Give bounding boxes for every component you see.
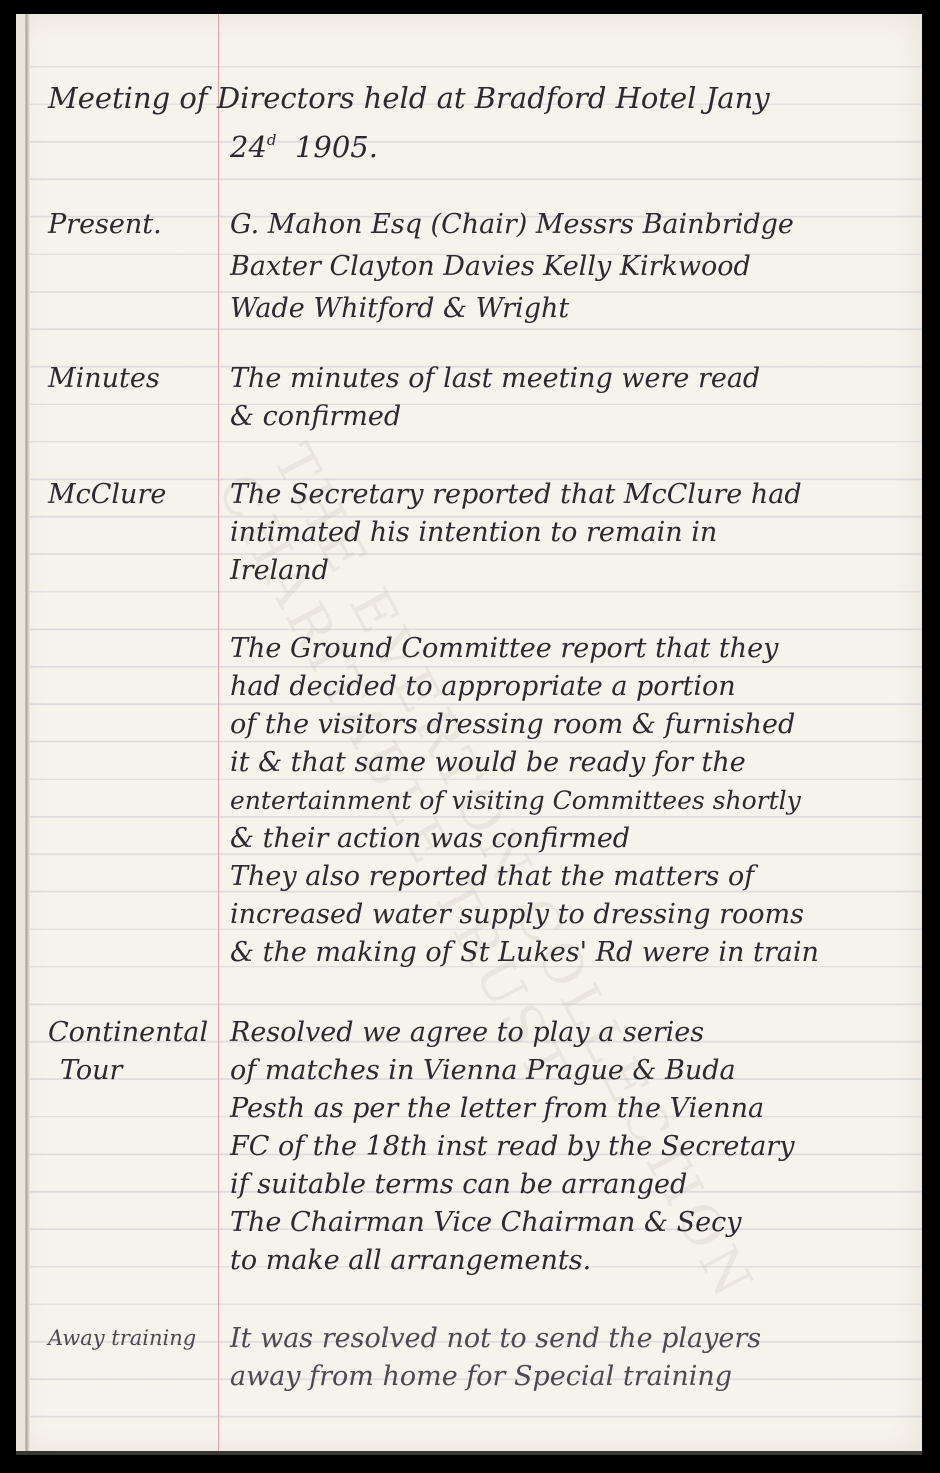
entry-ground-line-2: had decided to appropriate a portion bbox=[230, 668, 736, 706]
entry-ground-line-4: it & that same would be ready for the bbox=[230, 744, 746, 782]
entry-away-line-2: away from home for Special training bbox=[230, 1358, 732, 1396]
entry-minutes-line-2: & confirmed bbox=[230, 398, 401, 436]
entry-continental-line-3: Pesth as per the letter from the Vienna bbox=[230, 1090, 764, 1128]
entry-minutes-line-1: The minutes of last meeting were read bbox=[230, 360, 760, 398]
entry-present-line-3: Wade Whitford & Wright bbox=[230, 290, 569, 328]
entry-continental-line-1: Resolved we agree to play a series bbox=[230, 1014, 704, 1052]
heading-day: 24 bbox=[230, 130, 267, 164]
meeting-heading-date: 24d 1905. bbox=[230, 122, 378, 167]
entry-mcclure-line-2: intimated his intention to remain in bbox=[230, 514, 717, 552]
entry-continental-line-7: to make all arrangements. bbox=[230, 1242, 591, 1280]
entry-label-present: Present. bbox=[48, 206, 162, 244]
entry-present-line-1: G. Mahon Esq (Chair) Messrs Bainbridge bbox=[230, 206, 794, 244]
entry-label-tour: Tour bbox=[60, 1052, 122, 1090]
entry-ground-line-9: & the making of St Lukes' Rd were in tra… bbox=[230, 934, 819, 972]
minute-book-page: THE EVERTON COLLECTION CHARITABLE TRUST … bbox=[16, 14, 922, 1455]
entry-continental-line-2: of matches in Vienna Prague & Buda bbox=[230, 1052, 736, 1090]
red-margin-line bbox=[218, 14, 219, 1455]
entry-label-minutes: Minutes bbox=[48, 360, 160, 398]
page-spine-binding bbox=[16, 14, 30, 1455]
page-bottom-edge bbox=[16, 1451, 922, 1455]
entry-label-mcclure: McClure bbox=[48, 476, 166, 514]
entry-ground-line-1: The Ground Committee report that they bbox=[230, 630, 778, 668]
entry-continental-line-5: if suitable terms can be arranged bbox=[230, 1166, 687, 1204]
entry-mcclure-line-1: The Secretary reported that McClure had bbox=[230, 476, 802, 514]
entry-ground-line-6: & their action was confirmed bbox=[230, 820, 630, 858]
meeting-heading-line-1: Meeting of Directors held at Bradford Ho… bbox=[48, 80, 770, 118]
entry-continental-line-6: The Chairman Vice Chairman & Secy bbox=[230, 1204, 741, 1242]
entry-mcclure-line-3: Ireland bbox=[230, 552, 329, 590]
entry-continental-line-4: FC of the 18th inst read by the Secretar… bbox=[230, 1128, 794, 1166]
entry-ground-line-7: They also reported that the matters of bbox=[230, 858, 754, 896]
entry-label-away-training: Away training bbox=[48, 1320, 196, 1358]
entry-present-line-2: Baxter Clayton Davies Kelly Kirkwood bbox=[230, 248, 751, 286]
entry-label-continental: Continental bbox=[48, 1014, 208, 1052]
entry-ground-line-5: entertainment of visiting Committees sho… bbox=[230, 782, 801, 820]
entry-ground-line-3: of the visitors dressing room & furnishe… bbox=[230, 706, 795, 744]
heading-year: 1905. bbox=[295, 130, 378, 164]
heading-day-suffix: d bbox=[267, 131, 277, 149]
entry-ground-line-8: increased water supply to dressing rooms bbox=[230, 896, 804, 934]
entry-away-line-1: It was resolved not to send the players bbox=[230, 1320, 761, 1358]
